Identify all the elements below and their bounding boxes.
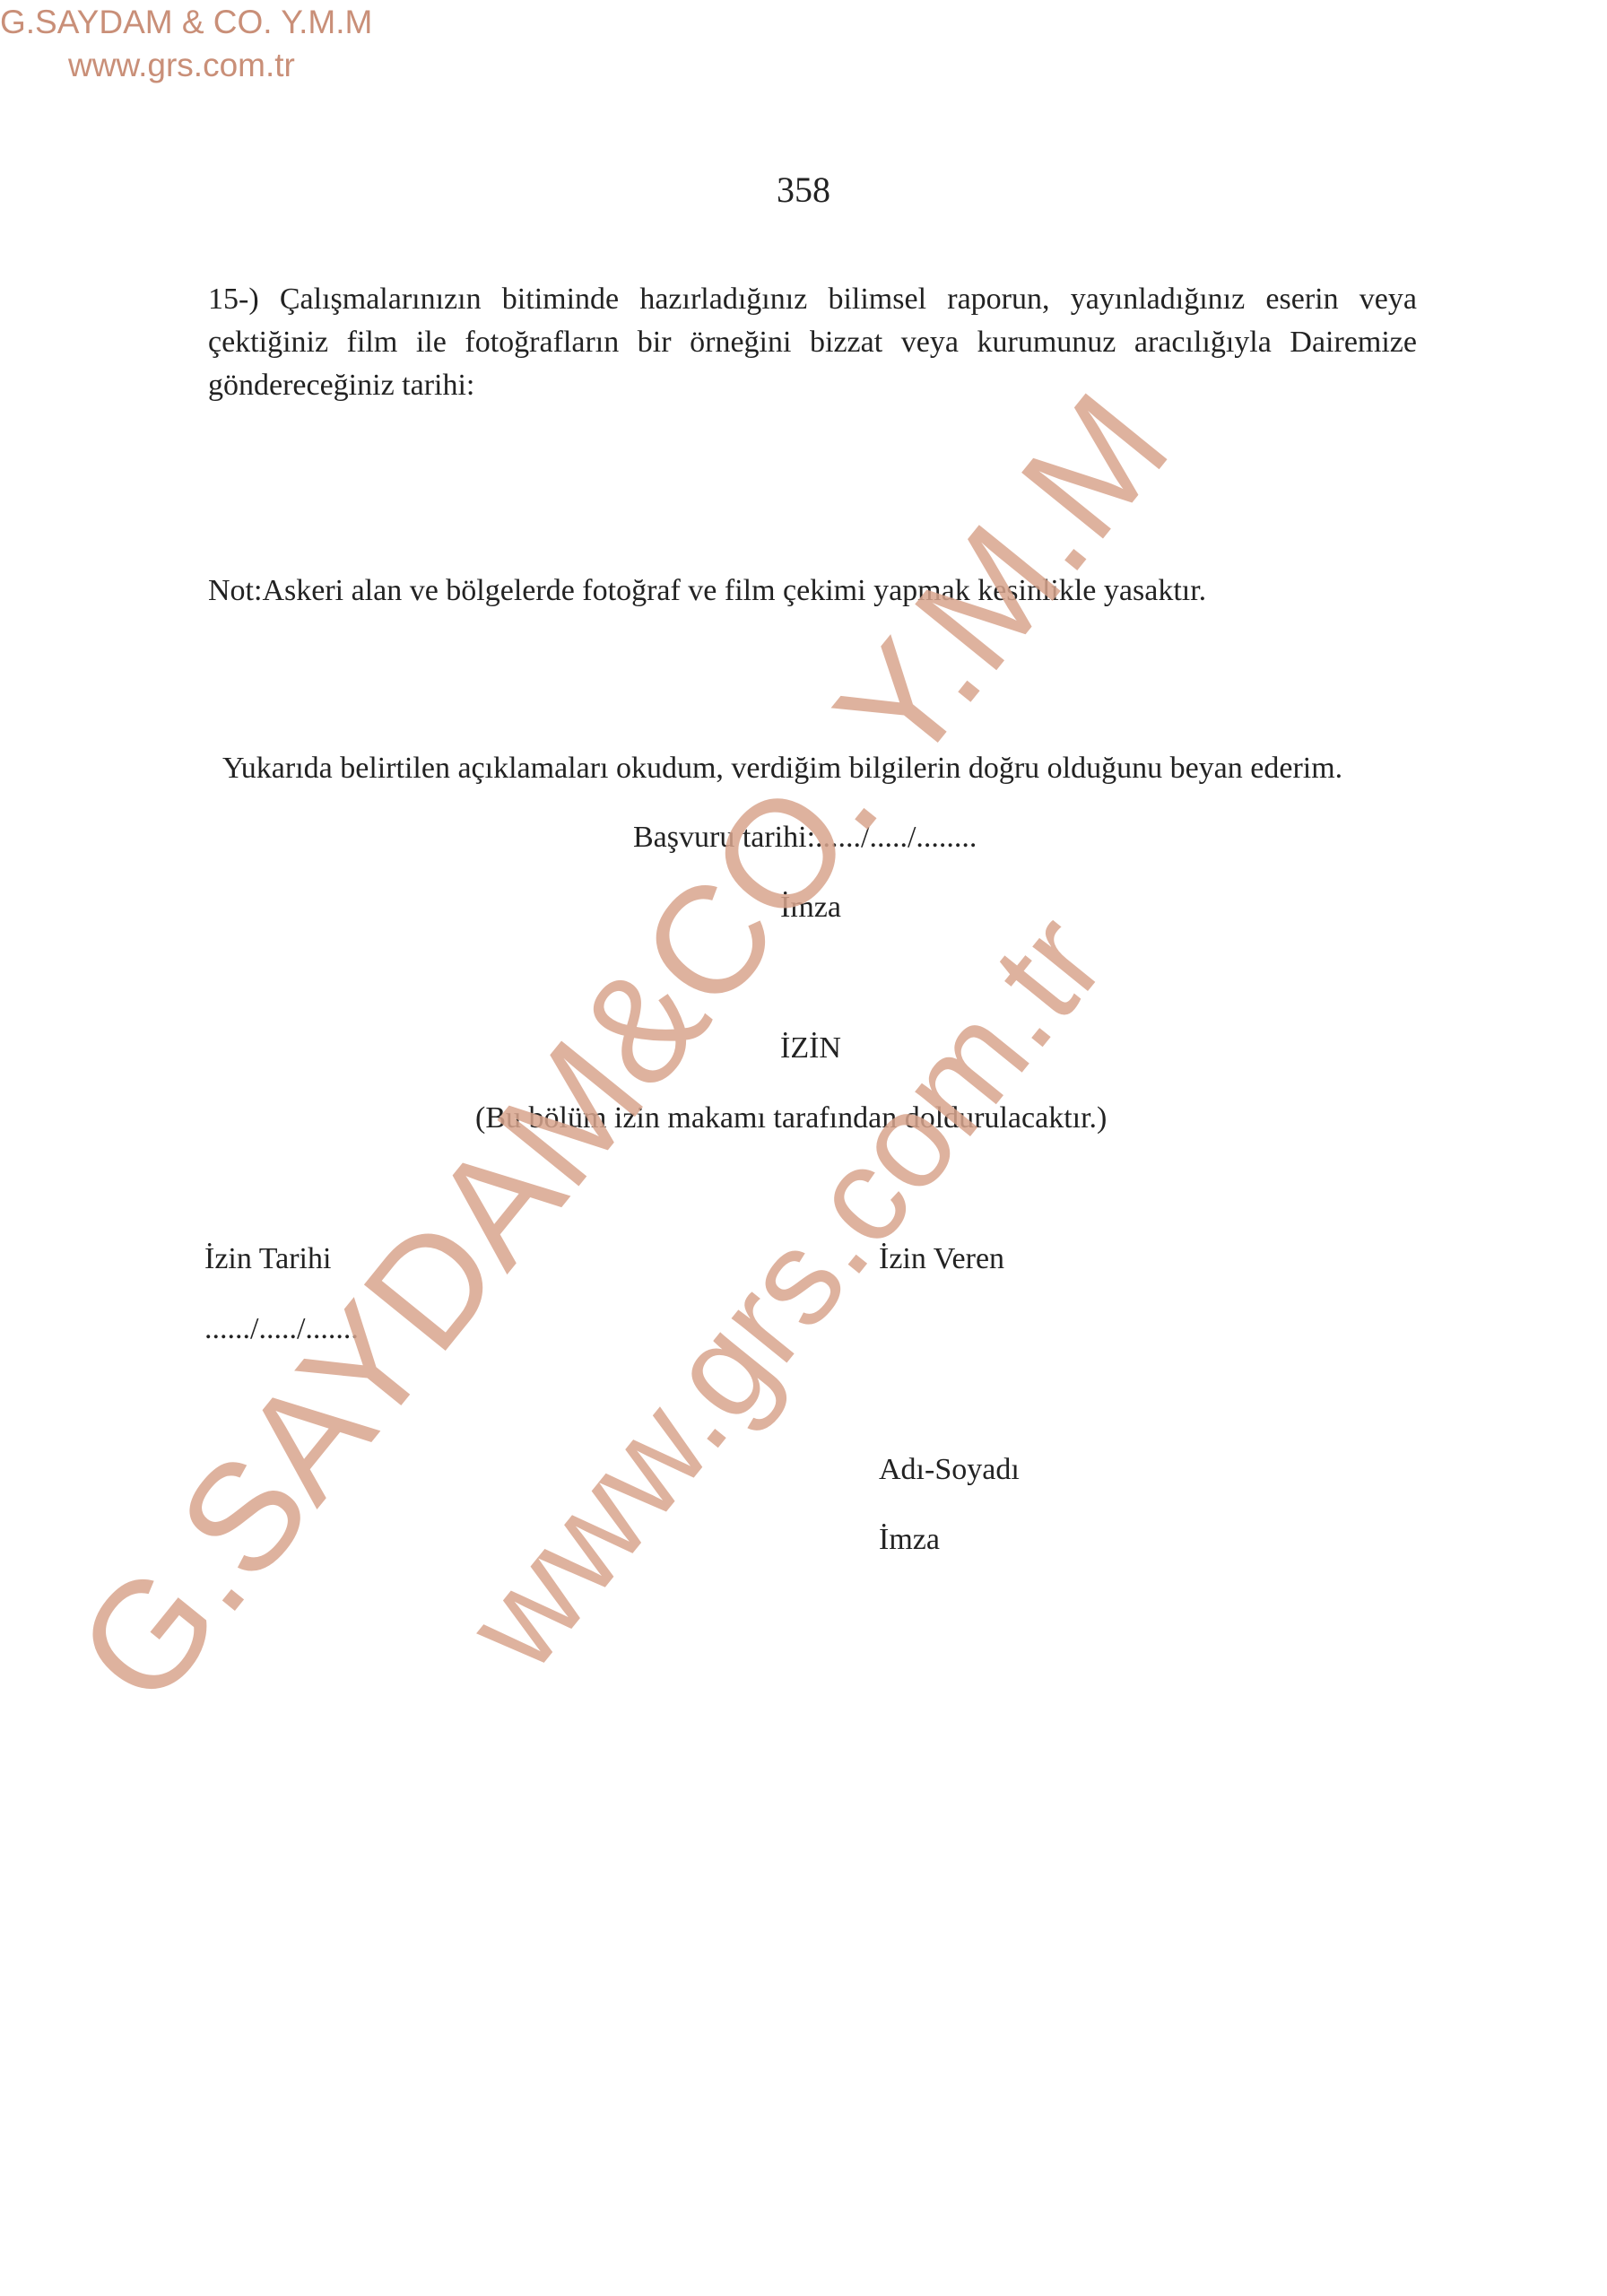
header-website: www.grs.com.tr [68,47,295,84]
item-15-text: 15-) Çalışmalarınızın bitiminde hazırlad… [208,278,1417,407]
header-company: G.SAYDAM & CO. Y.M.M [0,4,372,41]
permit-title: İZİN [780,1031,841,1065]
permit-signature-label: İmza [879,1523,940,1557]
permit-name-label: Adı-Soyadı [879,1453,1020,1487]
permit-date-label: İzin Tarihi [204,1242,331,1276]
page-number: 358 [0,169,1607,211]
watermark-website: www.grs.com.tr [436,885,1135,1698]
